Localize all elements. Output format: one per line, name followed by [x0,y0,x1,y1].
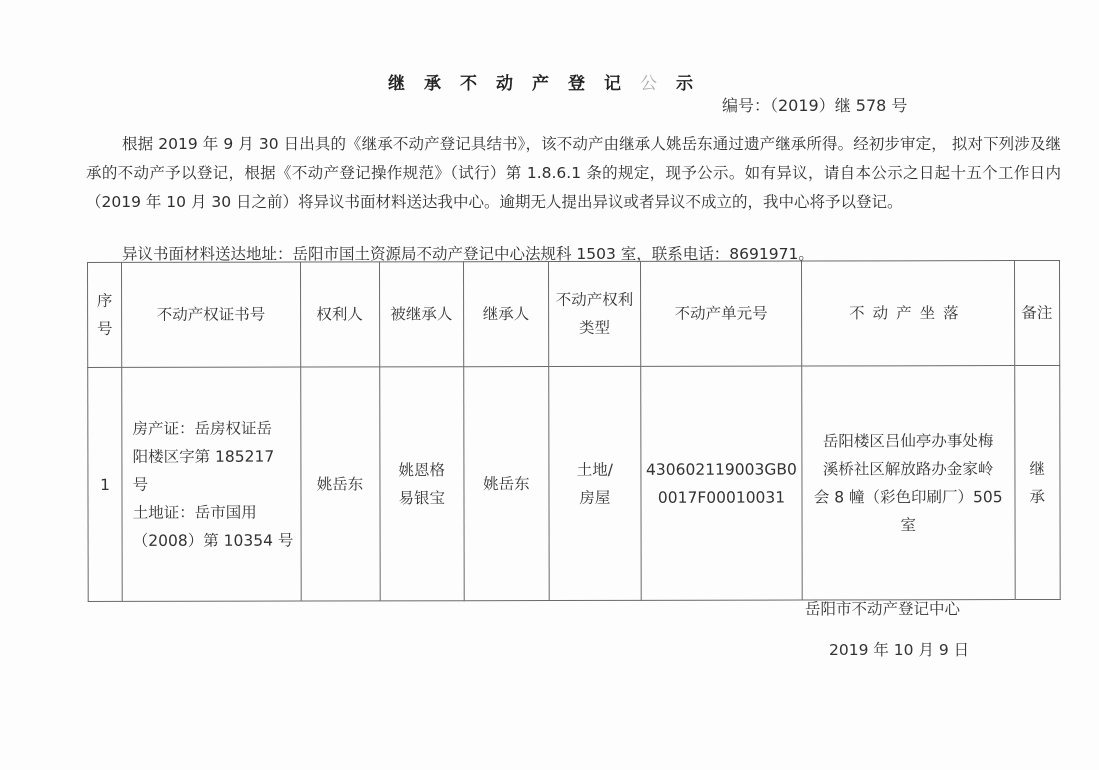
location-line: 会 8 幢（彩色印刷厂）505 [805,483,1011,511]
header-seq: 序号 [88,262,122,367]
document-number: 编号：（2019）继 578 号 [722,93,907,116]
location-line: 室 [805,511,1011,539]
location-line: 岳阳楼区吕仙亭办事处梅 [805,427,1011,455]
deceased-line: 姚恩格 [383,456,461,484]
header-right-type: 不动产权利类型 [548,261,641,366]
title-main: 继承不动产登记 [388,74,640,94]
notice-paragraph: 根据 2019 年 9 月 30 日出具的《继承不动产登记具结书》，该不动产由继… [86,130,1061,217]
header-owner: 权利人 [300,262,379,367]
unit-no-line: 0017F00010031 [645,483,799,511]
cell-right-type: 土地/ 房屋 [548,366,641,600]
cert-line: 房产证：岳房权证岳 [132,414,296,442]
cell-deceased: 姚恩格 易银宝 [379,367,464,601]
title-end: 示 [676,74,712,94]
issuer-name: 岳阳市不动产登记中心 [805,597,960,619]
cert-line: （2008）第 10354 号 [133,526,297,554]
note-line: 继 [1018,454,1057,482]
table-row: 1 房产证：岳房权证岳 阳楼区字第 185217 号 土地证：岳市国用 （200… [88,365,1060,601]
cell-heir: 姚岳东 [464,367,549,601]
cert-line: 土地证：岳市国用 [133,498,297,526]
page-title: 继承不动产登记公示 [388,69,712,94]
cell-cert: 房产证：岳房权证岳 阳楼区字第 185217 号 土地证：岳市国用 （2008）… [122,367,301,601]
cell-seq: 1 [88,367,123,601]
cert-line: 阳楼区字第 185217 [133,442,297,470]
right-type-line: 房屋 [552,483,637,511]
unit-no-line: 430602119003GB0 [645,455,799,483]
cell-owner: 姚岳东 [300,367,379,601]
cell-location: 岳阳楼区吕仙亭办事处梅 溪桥社区解放路办金家岭 会 8 幢（彩色印刷厂）505 … [802,366,1015,600]
table-header-row: 序号 不动产权证书号 权利人 被继承人 继承人 不动产权利类型 不动产单元号 不… [88,260,1060,367]
deceased-line: 易银宝 [383,484,461,512]
cell-note: 继 承 [1014,365,1060,599]
header-heir: 继承人 [464,262,549,367]
header-unit-no: 不动产单元号 [641,261,802,366]
header-cert: 不动产权证书号 [122,262,301,367]
header-deceased: 被继承人 [379,262,464,367]
right-type-line: 土地/ [552,455,637,483]
location-line: 溪桥社区解放路办金家岭 [805,455,1011,483]
title-faded-char: 公 [640,74,676,94]
cell-unit-no: 430602119003GB0 0017F00010031 [641,366,802,600]
header-note: 备注 [1014,260,1060,365]
issue-date: 2019 年 10 月 9 日 [829,638,969,660]
cert-line: 号 [133,470,297,498]
note-line: 承 [1018,482,1057,510]
registration-table: 序号 不动产权证书号 权利人 被继承人 继承人 不动产权利类型 不动产单元号 不… [87,260,1061,602]
header-location: 不动产坐落 [801,261,1014,366]
